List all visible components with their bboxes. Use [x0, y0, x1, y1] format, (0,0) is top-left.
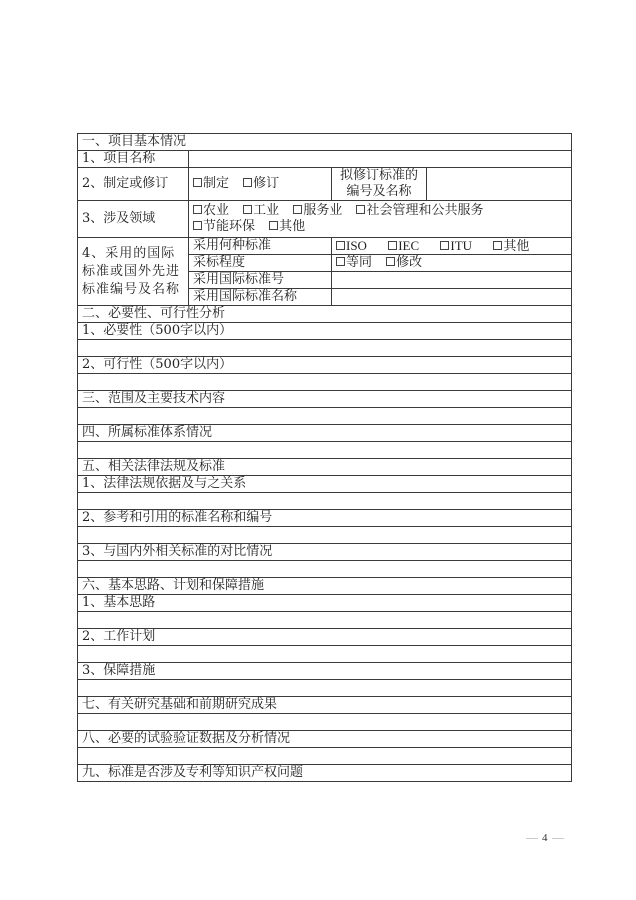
approach-label: 1、基本思路 [78, 595, 572, 612]
section-5-header-row: 五、相关法律法规及标准 [78, 459, 572, 476]
feasibility-content-row [78, 374, 572, 391]
checkbox-agriculture[interactable]: 农业 [193, 203, 229, 219]
domain-label: 3、涉及领域 [78, 201, 189, 238]
feasibility-row: 2、可行性（500字以内） [78, 357, 572, 374]
comparison-label: 3、与国内外相关标准的对比情况 [78, 544, 572, 561]
checkbox-modified[interactable]: 修改 [386, 255, 422, 271]
checkbox-itu[interactable]: ITU [440, 238, 472, 254]
intl-std-degree-label: 采标程度 [189, 255, 332, 272]
plan-label: 2、工作计划 [78, 629, 572, 646]
references-content-row [78, 527, 572, 544]
checkbox-domain-other[interactable]: 其他 [269, 219, 305, 235]
intl-std-type-label: 采用何种标准 [189, 238, 332, 255]
section-2-header-row: 二、必要性、可行性分析 [78, 306, 572, 323]
project-name-field[interactable] [189, 151, 572, 168]
checkbox-icon [388, 241, 397, 250]
section-7-header-row: 七、有关研究基础和前期研究成果 [78, 697, 572, 714]
approach-row: 1、基本思路 [78, 595, 572, 612]
section-8-title: 八、必要的试验验证数据及分析情况 [78, 731, 572, 748]
checkbox-icon [293, 205, 302, 214]
std-system-field[interactable] [78, 442, 572, 459]
safeguards-field[interactable] [78, 680, 572, 697]
section-5-title: 五、相关法律法规及标准 [78, 459, 572, 476]
section-4-content-row [78, 442, 572, 459]
project-name-row: 1、项目名称 [78, 151, 572, 168]
checkbox-social-management[interactable]: 社会管理和公共服务 [356, 203, 483, 219]
intl-std-type-row: 4、采用的国际标准或国外先进标准编号及名称 采用何种标准 ISO IEC ITU… [78, 238, 572, 255]
checkbox-icon [493, 241, 502, 250]
domain-options: 农业 工业 服务业 社会管理和公共服务 节能环保 其他 [189, 201, 572, 238]
section-6-header-row: 六、基本思路、计划和保障措施 [78, 578, 572, 595]
checkbox-iec[interactable]: IEC [388, 238, 419, 254]
checkbox-icon [386, 257, 395, 266]
intl-std-name-label: 采用国际标准名称 [189, 289, 332, 306]
checkbox-icon [336, 257, 345, 266]
section-9-header-row: 九、标准是否涉及专利等知识产权问题 [78, 765, 572, 782]
checkbox-icon [440, 241, 449, 250]
intl-std-degree-options: 等同 修改 [332, 255, 572, 272]
plan-field[interactable] [78, 646, 572, 663]
feasibility-label: 2、可行性（500字以内） [78, 357, 572, 374]
checkbox-service[interactable]: 服务业 [293, 203, 342, 219]
intl-std-type-options: ISO IEC ITU 其他 [332, 238, 572, 255]
necessity-label: 1、必要性（500字以内） [78, 323, 572, 340]
intl-std-name-field[interactable] [332, 289, 572, 306]
checkbox-icon [269, 221, 278, 230]
checkbox-icon [356, 205, 365, 214]
revise-row: 2、制定或修订 制定 修订 拟修订标准的 编号及名称 [78, 168, 572, 201]
section-8-header-row: 八、必要的试验验证数据及分析情况 [78, 731, 572, 748]
checkbox-energy-saving[interactable]: 节能环保 [193, 219, 255, 235]
references-row: 2、参考和引用的标准名称和编号 [78, 510, 572, 527]
intl-std-number-label: 采用国际标准号 [189, 272, 332, 289]
document-page: 一、项目基本情况 1、项目名称 2、制定或修订 制定 修订 拟修订标准的 编号及… [0, 0, 636, 900]
test-data-field[interactable] [78, 748, 572, 765]
plan-row: 2、工作计划 [78, 629, 572, 646]
scope-field[interactable] [78, 408, 572, 425]
project-name-label: 1、项目名称 [78, 151, 189, 168]
plan-content-row [78, 646, 572, 663]
revise-label: 2、制定或修订 [78, 168, 189, 201]
section-7-content-row [78, 714, 572, 731]
revise-std-label: 拟修订标准的 编号及名称 [332, 168, 427, 201]
feasibility-field[interactable] [78, 374, 572, 391]
section-7-title: 七、有关研究基础和前期研究成果 [78, 697, 572, 714]
checkbox-identical[interactable]: 等同 [336, 255, 372, 271]
checkbox-icon [193, 205, 202, 214]
safeguards-label: 3、保障措施 [78, 663, 572, 680]
safeguards-content-row [78, 680, 572, 697]
section-8-content-row [78, 748, 572, 765]
laws-content-row [78, 493, 572, 510]
references-label: 2、参考和引用的标准名称和编号 [78, 510, 572, 527]
section-1-header-row: 一、项目基本情况 [78, 134, 572, 151]
laws-label: 1、法律法规依据及与之关系 [78, 476, 572, 493]
checkbox-iso[interactable]: ISO [336, 238, 367, 254]
checkbox-industry[interactable]: 工业 [243, 203, 279, 219]
project-proposal-form: 一、项目基本情况 1、项目名称 2、制定或修订 制定 修订 拟修订标准的 编号及… [77, 133, 572, 782]
checkbox-icon [193, 221, 202, 230]
domain-row: 3、涉及领域 农业 工业 服务业 社会管理和公共服务 节能环保 其他 [78, 201, 572, 238]
safeguards-row: 3、保障措施 [78, 663, 572, 680]
comparison-row: 3、与国内外相关标准的对比情况 [78, 544, 572, 561]
intl-std-number-field[interactable] [332, 272, 572, 289]
section-2-title: 二、必要性、可行性分析 [78, 306, 572, 323]
checkbox-formulate[interactable]: 制定 [193, 176, 229, 192]
intl-std-label: 4、采用的国际标准或国外先进标准编号及名称 [78, 238, 189, 306]
laws-row: 1、法律法规依据及与之关系 [78, 476, 572, 493]
comparison-field[interactable] [78, 561, 572, 578]
checkbox-icon [243, 178, 252, 187]
checkbox-revise[interactable]: 修订 [243, 176, 279, 192]
approach-content-row [78, 612, 572, 629]
section-3-header-row: 三、范围及主要技术内容 [78, 391, 572, 408]
research-field[interactable] [78, 714, 572, 731]
section-3-title: 三、范围及主要技术内容 [78, 391, 572, 408]
section-9-title: 九、标准是否涉及专利等知识产权问题 [78, 765, 572, 782]
laws-field[interactable] [78, 493, 572, 510]
necessity-field[interactable] [78, 340, 572, 357]
necessity-row: 1、必要性（500字以内） [78, 323, 572, 340]
approach-field[interactable] [78, 612, 572, 629]
references-field[interactable] [78, 527, 572, 544]
checkbox-icon [336, 241, 345, 250]
section-4-title: 四、所属标准体系情况 [78, 425, 572, 442]
revise-options: 制定 修订 [189, 168, 332, 201]
page-number: 4 [522, 832, 568, 844]
section-6-title: 六、基本思路、计划和保障措施 [78, 578, 572, 595]
checkbox-std-other[interactable]: 其他 [493, 238, 529, 254]
section-4-header-row: 四、所属标准体系情况 [78, 425, 572, 442]
checkbox-icon [193, 178, 202, 187]
revise-std-field[interactable] [427, 168, 572, 201]
comparison-content-row [78, 561, 572, 578]
section-3-content-row [78, 408, 572, 425]
checkbox-icon [243, 205, 252, 214]
section-1-title: 一、项目基本情况 [78, 134, 572, 151]
necessity-content-row [78, 340, 572, 357]
